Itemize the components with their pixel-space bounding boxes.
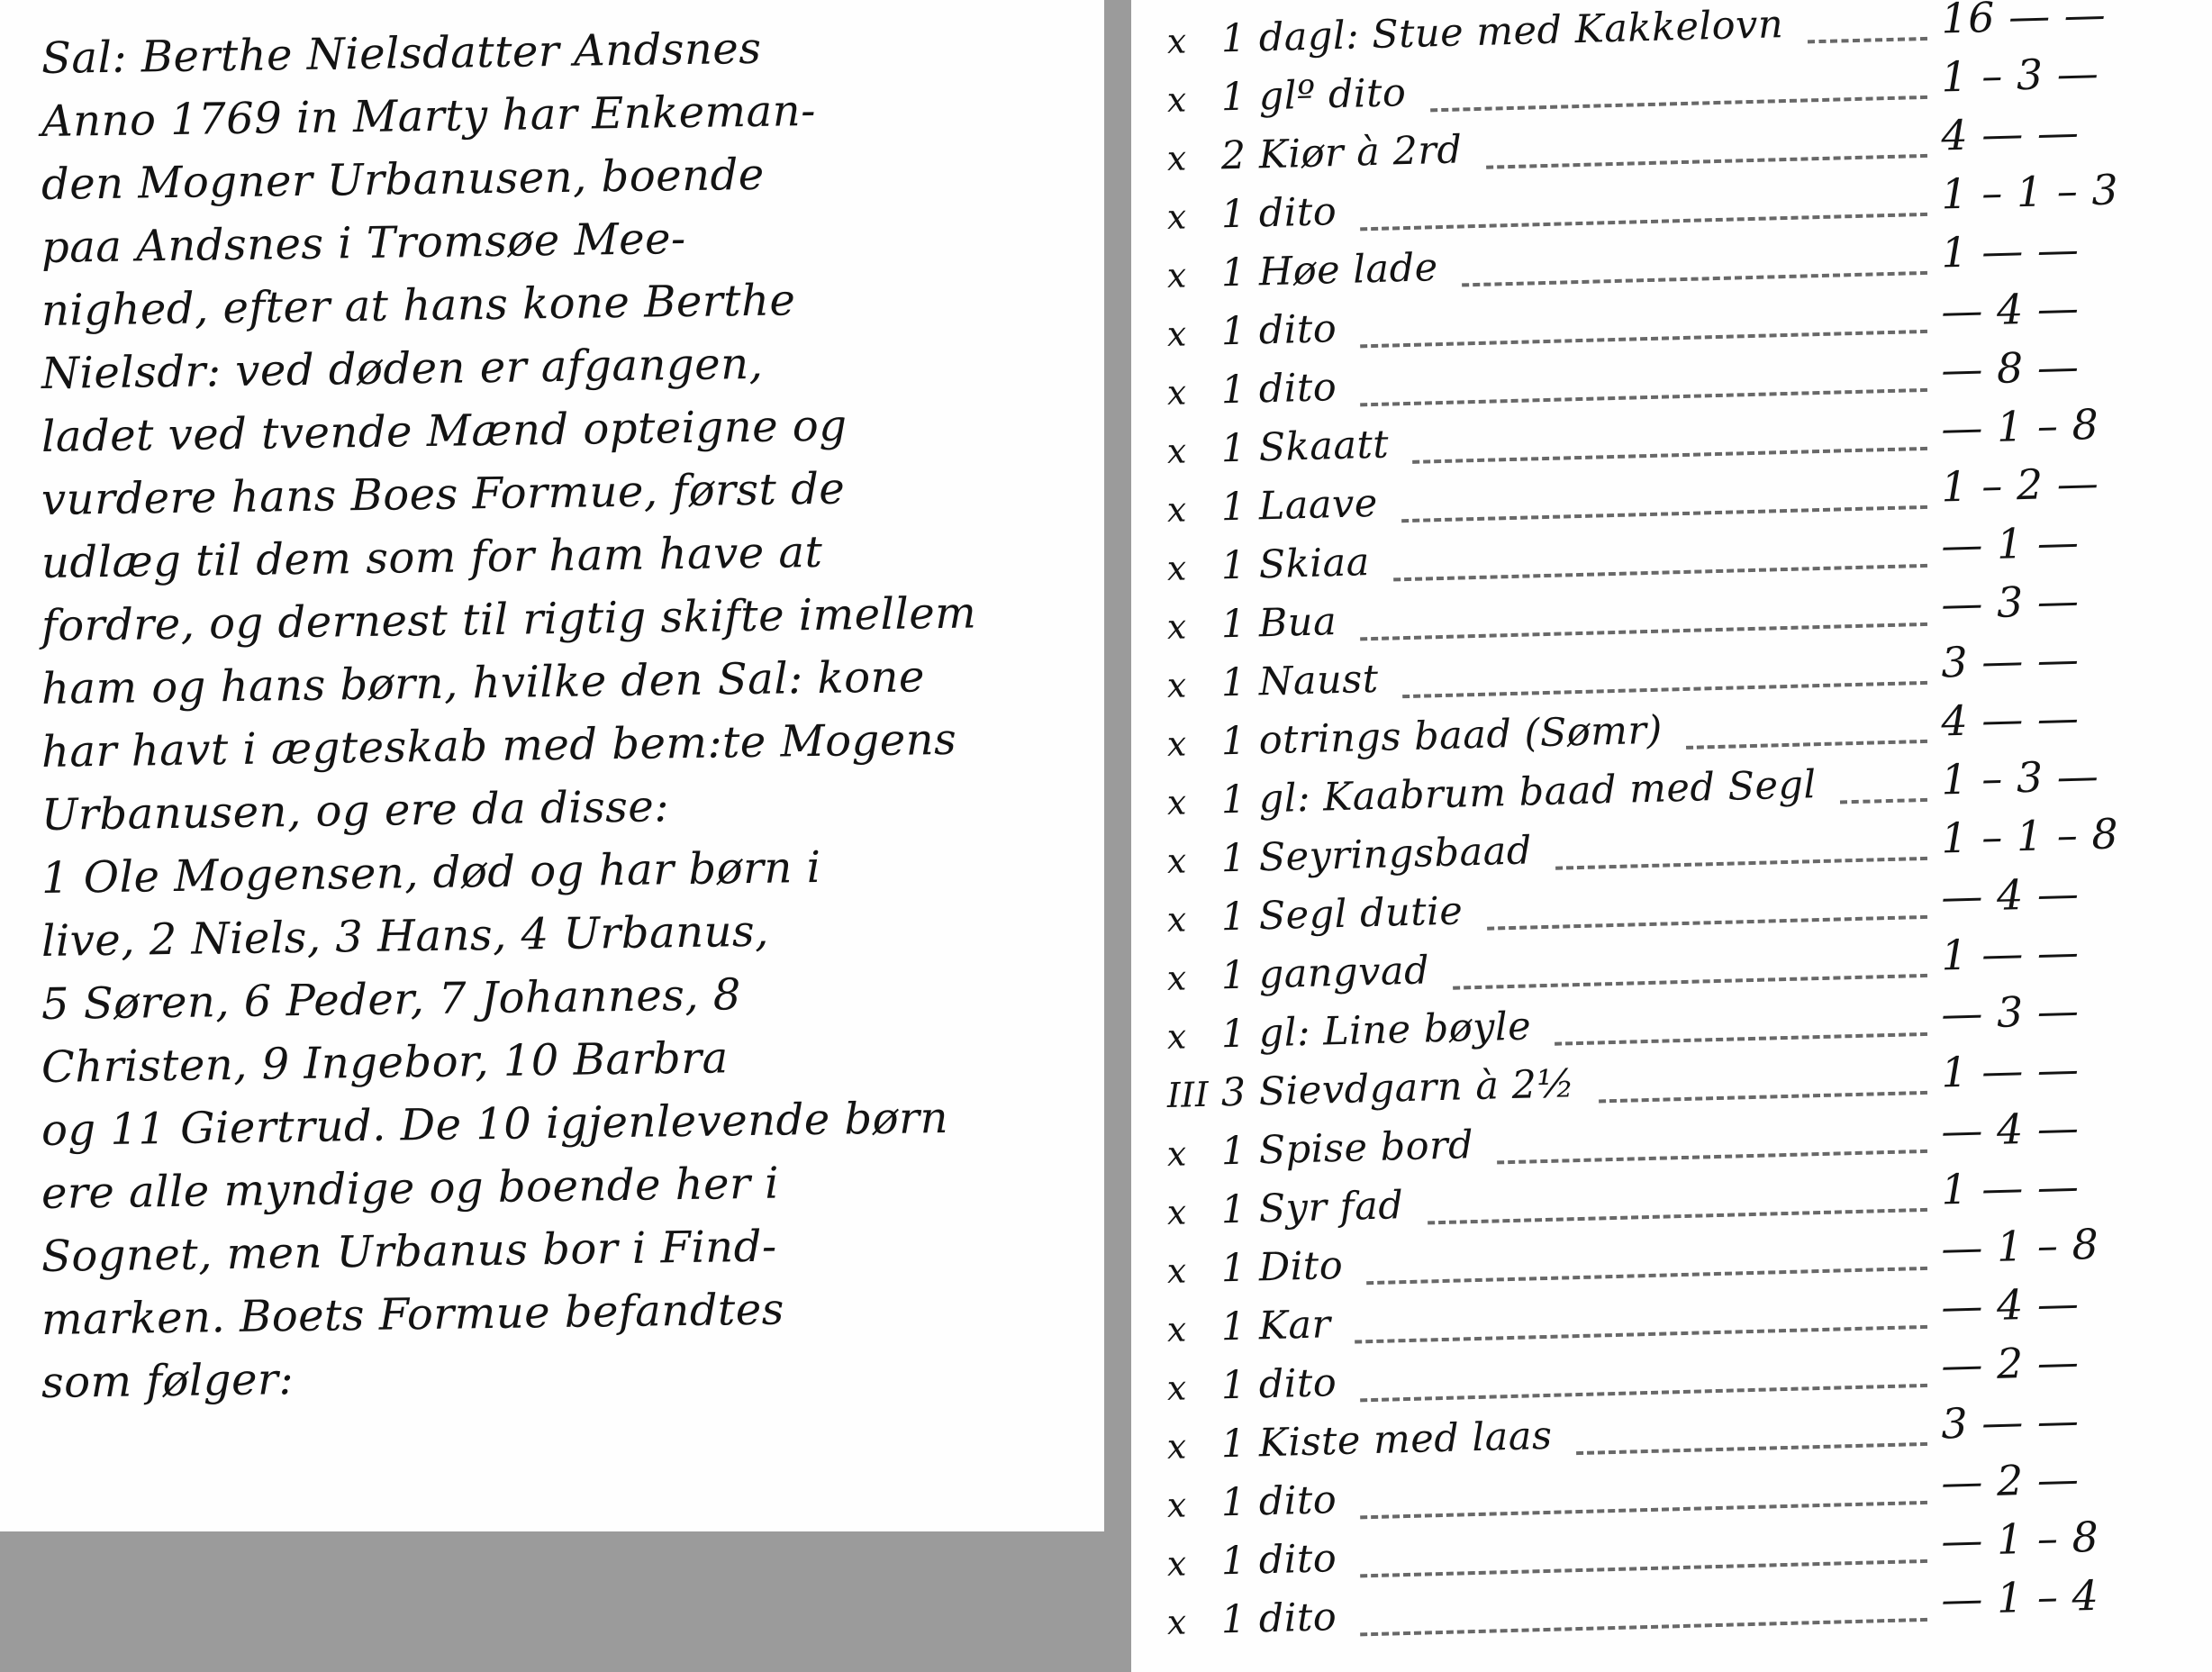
inventory-amount: — 8 — [1941, 339, 2205, 395]
inventory-row-marker: x [1166, 957, 1221, 998]
inventory-row-marker: x [1166, 20, 1221, 61]
inventory-row-marker: x [1166, 1484, 1221, 1525]
dash-leader [1361, 1501, 1927, 1519]
inventory-item-text: 1 Skaatt [1220, 423, 1390, 472]
dash-leader [1367, 1267, 1927, 1285]
inventory-amount: — 1 – 8 [1941, 397, 2205, 453]
inventory-amount: 4 — — [1941, 690, 2205, 746]
inventory-row-marker: x [1166, 1425, 1221, 1467]
inventory-row-marker: x [1166, 1308, 1221, 1349]
inventory-item-text: 1 Syr fad [1220, 1183, 1404, 1232]
dash-leader [1555, 857, 1927, 870]
inventory-item-text: 1 dito [1220, 1595, 1337, 1642]
inventory-amount: — 1 – 4 [1941, 1568, 2205, 1624]
inventory-amount: 1 – 3 — [1941, 749, 2205, 804]
inventory-row-marker: x [1166, 195, 1221, 237]
inventory-amount: 3 — — [1941, 1393, 2205, 1449]
inventory-row-marker: x [1166, 430, 1221, 471]
inventory-amount: — 4 — [1941, 1276, 2205, 1331]
inventory-amount: 1 — — [1941, 222, 2205, 277]
inventory-item-text: 1 Naust [1220, 657, 1379, 706]
inventory-item-text: 1 dito [1220, 306, 1337, 354]
inventory-amount: 1 – 2 — [1941, 456, 2205, 512]
inventory-amount: — 3 — [1941, 983, 2205, 1039]
dash-leader [1498, 1149, 1927, 1164]
dash-leader [1361, 1618, 1927, 1636]
inventory-amount: — 2 — [1941, 1334, 2205, 1390]
inventory-amount: 1 — — [1941, 1041, 2205, 1097]
inventory-amount: — 3 — [1941, 573, 2205, 629]
inventory-row-marker: x [1166, 254, 1221, 295]
inventory-item-text: 1 Laave [1220, 481, 1378, 531]
dash-leader [1462, 271, 1927, 287]
inventory-row-marker: x [1166, 1015, 1221, 1057]
inventory-amount: — 2 — [1941, 1451, 2205, 1507]
inventory-row-marker: x [1166, 605, 1221, 647]
inventory-row-marker: x [1166, 1249, 1221, 1291]
inventory-item-text: 1 dito [1220, 365, 1337, 413]
inventory-amount: — 4 — [1941, 280, 2205, 336]
inventory-item-text: 1 otrings baad (Sømr) [1220, 708, 1663, 765]
manuscript-line: som følger: [41, 1337, 1082, 1414]
inventory-amount: 16 — — [1941, 0, 2205, 42]
inventory-item-text: 1 Segl dutie [1220, 888, 1464, 940]
inventory-item-text: 1 gl: Line bøyle [1220, 1004, 1532, 1057]
inventory-item-text: 1 Kar [1220, 1302, 1331, 1349]
inventory-amount: — 4 — [1941, 1100, 2205, 1156]
inventory-amount: — 1 – 8 [1941, 1217, 2205, 1273]
dash-leader [1361, 213, 1927, 231]
inventory-amount: 4 — — [1941, 104, 2205, 160]
inventory-item-text: 1 gl: Kaabrum baad med Segl [1220, 762, 1817, 822]
inventory-item-text: 1 gangvad [1220, 948, 1430, 998]
inventory-row-marker: x [1166, 547, 1221, 588]
inventory-row-marker: x [1166, 1601, 1221, 1642]
dash-leader [1428, 1208, 1927, 1225]
inventory-item-text: 1 Bua [1220, 599, 1337, 647]
inventory-row-marker: x [1166, 137, 1221, 178]
inventory-amount: 1 – 1 – 8 [1941, 807, 2205, 863]
dash-leader [1393, 564, 1927, 582]
dash-leader [1487, 915, 1927, 931]
dash-leader [1430, 95, 1927, 112]
inventory-item-text: 1 Seyringsbaad [1220, 828, 1532, 881]
dash-leader [1361, 622, 1927, 641]
dash-leader [1361, 388, 1927, 406]
inventory-item-text: 2 Kiør à 2rd [1220, 127, 1463, 178]
inventory-row-marker: x [1166, 781, 1221, 822]
inventory-amount: — 1 – 8 [1941, 1510, 2205, 1566]
inventory-item-text: 3 Sievdgarn à 2½ [1220, 1061, 1575, 1115]
inventory-row-marker: x [1166, 722, 1221, 764]
inventory-item-text: 1 dito [1220, 1477, 1337, 1525]
dash-leader [1361, 1559, 1927, 1577]
inventory-row-marker: x [1166, 1132, 1221, 1174]
inventory-row-marker: x [1166, 840, 1221, 881]
inventory-item-text: 1 dito [1220, 1536, 1337, 1584]
inventory-amount: 1 – 3 — [1941, 46, 2205, 102]
dash-leader [1808, 37, 1928, 43]
inventory-item-text: 1 Skiaa [1220, 540, 1370, 588]
dash-leader [1361, 1384, 1927, 1402]
inventory-amount: 1 — — [1941, 1159, 2205, 1214]
inventory-row-marker: III [1166, 1074, 1221, 1115]
dash-leader [1555, 1032, 1927, 1046]
inventory-item-text: 1 Høe lade [1220, 245, 1438, 295]
dash-leader [1412, 447, 1927, 464]
inventory-amount: 1 – 1 – 3 [1941, 163, 2205, 219]
inventory-item-text: 1 Spise bord [1220, 1122, 1474, 1174]
inventory-item-text: 1 dito [1220, 1360, 1337, 1408]
inventory-item-text: 1 dito [1220, 189, 1337, 237]
manuscript-right-page-inventory: x 1 dagl: Stue med Kakkelovn 16 — — x 1 … [1131, 0, 2212, 1672]
dash-leader [1453, 974, 1927, 990]
inventory-row-marker: x [1166, 78, 1221, 120]
dash-leader [1355, 1325, 1927, 1344]
manuscript-left-page: Sal: Berthe Nielsdatter Andsnes Anno 176… [0, 0, 1104, 1531]
inventory-item-text: 1 Dito [1220, 1243, 1344, 1292]
inventory-item-text: 1 Kiste med laas [1220, 1413, 1553, 1468]
inventory-item-text: 1 glº dito [1220, 70, 1407, 120]
inventory-row-marker: x [1166, 371, 1221, 413]
inventory-amount: — 4 — [1941, 866, 2205, 922]
dash-leader [1599, 1091, 1927, 1104]
dash-leader [1840, 798, 1927, 804]
dash-leader [1486, 154, 1927, 169]
inventory-amount: 1 — — [1941, 924, 2205, 980]
inventory-row-marker: x [1166, 1367, 1221, 1408]
inventory-amount: — 1 — [1941, 514, 2205, 570]
dash-leader [1402, 681, 1927, 698]
dash-leader [1576, 1442, 1927, 1455]
inventory-row-marker: x [1166, 898, 1221, 940]
inventory-row-marker: x [1166, 664, 1221, 705]
dash-leader [1361, 330, 1927, 348]
inventory-amount: 3 — — [1941, 632, 2205, 687]
inventory-row-marker: x [1166, 313, 1221, 354]
inventory-item-text: 1 dagl: Stue med Kakkelovn [1220, 2, 1784, 61]
inventory-row-marker: x [1166, 1191, 1221, 1232]
dash-leader [1401, 505, 1927, 522]
inventory-row-marker: x [1166, 1542, 1221, 1584]
inventory-row-marker: x [1166, 488, 1221, 530]
dash-leader [1686, 740, 1927, 750]
